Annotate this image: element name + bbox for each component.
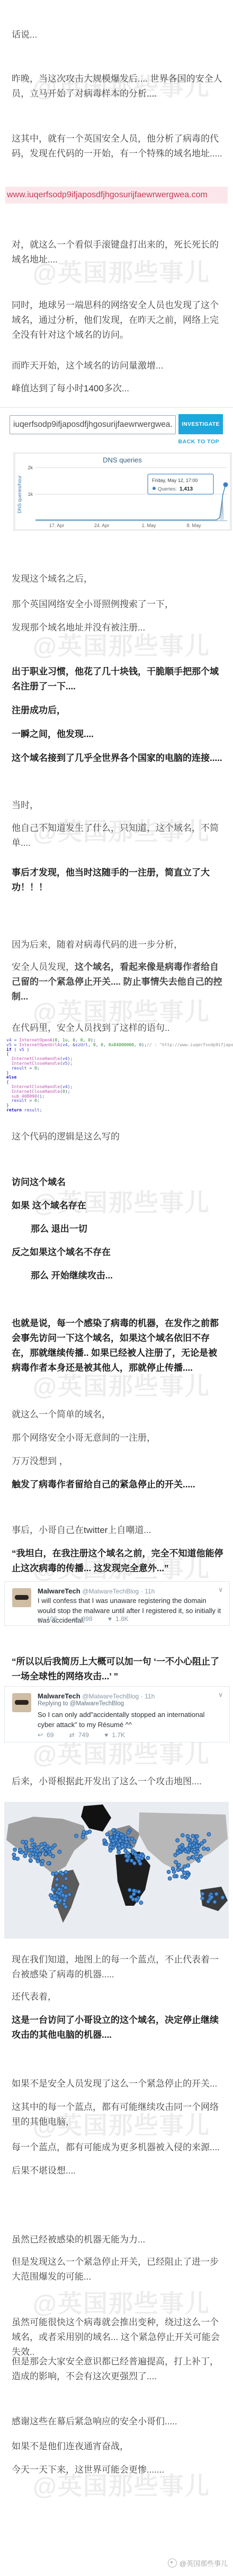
- reply-count: 69: [47, 1731, 53, 1739]
- xtick-8may: 8. May: [186, 523, 201, 528]
- sunglasses-cat-avatar: [15, 1595, 29, 1600]
- paragraph: 如果不是他们连夜通宵奋战，: [12, 2439, 223, 2454]
- paragraph: 事后才发现，他当时这随手的一注册，简直立了大功！！！: [12, 865, 223, 895]
- dns-investigate-screenshot: INVESTIGATE BACK TO TOP DNS queries 2k 1…: [0, 407, 233, 535]
- reply-count: 106: [47, 1615, 57, 1623]
- reply-icon[interactable]: ↩: [38, 1731, 43, 1739]
- retweet-count: 749: [78, 1731, 89, 1739]
- paragraph: 触发了病毒作者留给自己的紧急停止的开关.....: [12, 1477, 223, 1492]
- paragraph: 这其中，就有一个英国安全人员，他分析了病毒的代码，发现在代码的一开始，有一个特殊…: [12, 132, 223, 161]
- like-icon[interactable]: ♥: [104, 1731, 108, 1739]
- retweet-icon[interactable]: ⇄: [69, 1731, 75, 1739]
- tweet-author-name[interactable]: MalwareTech: [38, 1692, 80, 1700]
- replying-to-label[interactable]: Replying to @MalwareTechBlog: [38, 1701, 124, 1707]
- paragraph: 他自己不知道发生了什么，只知道，这个域名，不简单....: [12, 821, 223, 851]
- back-to-top-link[interactable]: BACK TO TOP: [178, 439, 219, 445]
- xtick-1may: 1. May: [141, 523, 156, 528]
- paragraph: 发现那个域名地址并没有被注册...: [12, 620, 223, 635]
- paragraph: 安全人员发现，这个域名，看起来像是病毒作者给自己留的一个紧急停止开关.... 防…: [12, 960, 223, 1004]
- tooltip-date: Friday, May 12, 17:00: [152, 478, 198, 483]
- paragraph: 反之如果这个域名不存在: [12, 1245, 223, 1260]
- paragraph: 那个网络安全小哥无意间的一注册，: [12, 1431, 223, 1445]
- xtick-24apr: 24. Apr: [94, 523, 110, 528]
- paragraph: 昨晚，当这次攻击大规模爆发后.... 世界各国的安全人员，立马开始了对病毒样本的…: [12, 72, 223, 101]
- paragraph: 如果 这个域名存在: [12, 1198, 223, 1213]
- dns-queries-chart-card: DNS queries 2k 1k DNS queries/hour 17. A…: [13, 452, 232, 531]
- paragraph: 发现这个域名之后，: [12, 572, 223, 586]
- tweet-time: 11h: [145, 1693, 155, 1700]
- account-logo-icon: [168, 2559, 177, 2568]
- paragraph: 那么 退出一切: [12, 1222, 233, 1237]
- dns-queries-chart: DNS queries 2k 1k DNS queries/hour 17. A…: [15, 454, 230, 529]
- paragraph: 这个代码的逻辑是这么写的: [12, 1129, 223, 1144]
- chart-tooltip: Friday, May 12, 17:00 Queries: 1,413: [148, 474, 213, 494]
- paragraph: 而昨天开始，这个域名的访问量激增...: [12, 358, 223, 373]
- paragraph: 注册成功后，: [12, 703, 223, 718]
- paragraph-lead: 安全人员发现，: [12, 962, 75, 972]
- tweet-card[interactable]: MalwareTech @MalwareTechBlog · 11h I wil…: [4, 1581, 230, 1626]
- chart-title: DNS queries: [103, 456, 142, 464]
- paragraph: 但是发现这么一个紧急停止开关，已经阻止了进一步大范围爆发的可能...: [12, 2255, 223, 2284]
- tweet-card[interactable]: MalwareTech @MalwareTechBlog · 11h Reply…: [4, 1686, 230, 1742]
- like-icon[interactable]: ♥: [108, 1615, 112, 1623]
- paragraph: 同时，地球另一端思科的网络安全人员也发现了这个域名，通过分析，他们发现，在昨天之…: [12, 298, 223, 343]
- peak-data-point: [223, 483, 228, 487]
- chevron-down-icon[interactable]: ∨: [218, 1691, 223, 1698]
- paragraph: 话说...: [12, 28, 223, 42]
- domain-search-input[interactable]: [10, 415, 176, 434]
- article-page: @英国那些事儿@英国那些事儿@英国那些事儿@英国那些事儿@英国那些事儿@英国那些…: [0, 0, 233, 2576]
- like-count: 1.8K: [115, 1615, 129, 1623]
- paragraph: 每一个蓝点，都有可能成为更多机器被入侵的来源....: [12, 2140, 223, 2155]
- query-spike-area: [220, 494, 224, 520]
- paragraph: “所以以后我简历上大概可以加一句 ‘一不小心阻止了一场全球性的网络攻击...’ …: [12, 1654, 223, 1684]
- paragraph: 但是那会大家安全意识都已经普遍提高，打上补丁， 造成的影响，不会有这次更强烈了.…: [12, 2354, 223, 2384]
- paragraph: 如果不是安全人员发现了这么一个紧急停止的开关...: [12, 2076, 223, 2091]
- paragraph: 那么 开始继续攻击...: [12, 1268, 233, 1283]
- tweet-author-handle[interactable]: @MalwareTechBlog: [82, 1588, 139, 1595]
- paragraph: 当时，: [12, 798, 223, 813]
- paragraph: 对，就这么一个看似手滚键盘打出来的，死长死长的域名地址....: [12, 238, 223, 267]
- author-credit: @英国那些事儿: [168, 2558, 228, 2568]
- avatar[interactable]: [12, 1693, 31, 1712]
- like-count: 1.7K: [112, 1731, 125, 1739]
- tweet-author-name[interactable]: MalwareTech: [38, 1587, 80, 1595]
- paragraph: 因为后来，随着对病毒代码的进一步分析，: [12, 937, 223, 952]
- paragraph: 后来，小哥根据此开发出了这么一个攻击地图....: [12, 1774, 223, 1789]
- paragraph: 在代码里，安全人员找到了这样的语句..: [12, 1021, 223, 1036]
- tooltip-label: Queries:: [158, 486, 177, 492]
- paragraph: 这其中的每一个蓝点，都有可能继续攻击同一个网络里的其他电脑，: [12, 2100, 223, 2130]
- paragraph: 事后，小哥自己在twitter上自嘲道...: [12, 1523, 223, 1538]
- xtick-17apr: 17. Apr: [49, 523, 65, 528]
- avatar[interactable]: [12, 1588, 31, 1607]
- paragraph: 一瞬之间，他发现....: [12, 727, 223, 742]
- attack-map-image: [4, 1802, 229, 1939]
- tweet-time: 11h: [145, 1588, 155, 1595]
- account-handle: @英国那些事儿: [180, 2558, 228, 2568]
- sunglasses-cat-avatar: [15, 1700, 29, 1705]
- paragraph: 虽然可能很快这个病毒就会推出变种，绕过这么一个域名，或者采用别的域名... 这个…: [12, 2315, 223, 2360]
- paragraph: 还代表着，: [12, 1990, 223, 2004]
- watermark: @英国那些事儿: [33, 2284, 210, 2319]
- paragraph: 后果不堪设想....: [12, 2163, 223, 2178]
- ytick-2k: 2k: [28, 465, 33, 470]
- tweet-text: So I can only add"accidentally stopped a…: [38, 1710, 222, 1730]
- paragraph: 就这么一个简单的域名，: [12, 1407, 223, 1422]
- paragraph: 峰值达到了每小时1400多次...: [12, 381, 223, 396]
- investigate-button[interactable]: INVESTIGATE: [178, 414, 223, 434]
- paragraph: 访问这个域名: [12, 1175, 223, 1190]
- chevron-down-icon[interactable]: ∨: [218, 1586, 223, 1593]
- paragraph: 也就是说，每一个感染了病毒的机器，在发作之前都会事先访问一下这个域名，如果这个域…: [12, 1316, 223, 1375]
- ytick-1k: 1k: [28, 492, 33, 497]
- killswitch-domain-link[interactable]: www.iuqerfsodp9ifjaposdfjhgosurijfaewrwe…: [5, 187, 228, 204]
- paragraph: 虽然已经被感染的机器无能为力...: [12, 2232, 223, 2247]
- paragraph: 万万没想到 ，: [12, 1454, 223, 1469]
- retweet-icon[interactable]: ⇄: [73, 1615, 78, 1623]
- reply-icon[interactable]: ↩: [38, 1615, 43, 1623]
- paragraph: 感谢这些在幕后紧急响应的安全小哥们.....: [12, 2414, 223, 2429]
- paragraph: “我坦白，在我注册这个域名之前，完全不知道他能停止这次病毒的传播... 这发现完…: [12, 1546, 223, 1576]
- retweet-count: 998: [82, 1615, 93, 1623]
- paragraph: 现在我们知道，地图上的每一个蓝点，不止代表着一台被感染了病毒的机器.....: [12, 1952, 223, 1982]
- y-axis-label: DNS queries/hour: [17, 475, 22, 513]
- tooltip-value: 1,413: [180, 486, 193, 492]
- paragraph: 今天一天下来，这世界可能会更惨.......: [12, 2463, 223, 2477]
- tweet-author-handle[interactable]: @MalwareTechBlog: [82, 1693, 139, 1700]
- paragraph: 出于职业习惯，他花了几十块钱，干脆顺手把那个域名注册了一下....: [12, 664, 223, 694]
- killswitch-code-screenshot: v4 = InternetOpenA(0, 1u, 0, 0, 0); v5 =…: [6, 1038, 227, 1113]
- paragraph: 这是一台访问了小哥设立的这个域名，决定停止继续攻击的其他电脑的机器....: [12, 2013, 223, 2043]
- paragraph: 这个域名接到了几乎全世界各个国家的电脑的连接.....: [12, 751, 223, 766]
- paragraph: 那个英国网络安全小哥照例搜索了一下，: [12, 597, 223, 612]
